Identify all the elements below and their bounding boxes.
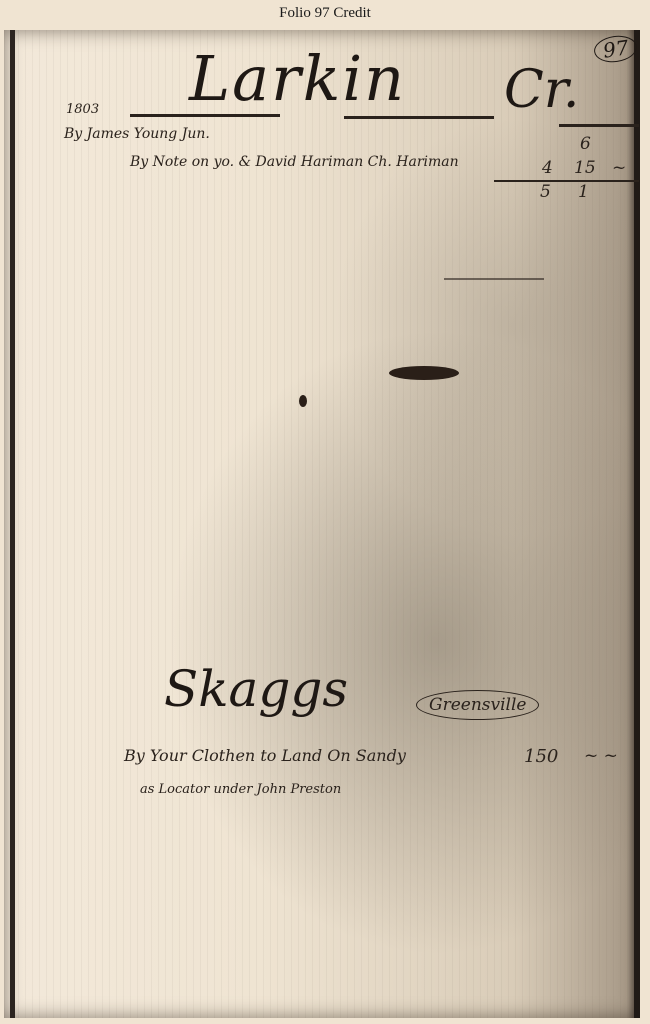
account-name: Larkin (189, 42, 406, 115)
total-shillings: 1 (578, 182, 589, 202)
amount-shillings: 15 (574, 158, 596, 178)
header-rule (344, 116, 494, 119)
account-location: Greensville (416, 690, 539, 720)
page-edge (634, 30, 640, 1018)
left-margin-rule (10, 30, 15, 1018)
ledger-entry: as Locator under John Preston (140, 782, 341, 797)
amount-pence: ~ (612, 158, 626, 178)
entry-amount: 150 (524, 746, 558, 767)
entry-pence: ~ ~ (584, 746, 618, 766)
ledger-entry: By Note on yo. & David Hariman Ch. Harim… (130, 154, 459, 170)
ledger-scan: Larkin Cr. 97 1803 By James Young Jun. B… (4, 30, 640, 1018)
sum-rule (494, 180, 639, 182)
ledger-entry: By Your Clothen to Land On Sandy (124, 746, 406, 765)
credit-side-label: Cr. (504, 60, 579, 120)
second-account-name: Skaggs (164, 660, 348, 718)
header-rule (559, 124, 639, 127)
folio-number: 97 (592, 33, 639, 65)
total-pounds: 5 (540, 182, 551, 202)
amount-shillings: 6 (580, 134, 591, 154)
ink-blot (389, 366, 459, 380)
amount-pounds: 4 (542, 158, 553, 178)
entry-year: 1803 (66, 102, 99, 117)
faint-rule (444, 278, 544, 280)
ledger-entry: By James Young Jun. (64, 126, 210, 142)
page-caption: Folio 97 Credit (0, 0, 650, 28)
header-rule (130, 114, 280, 117)
ink-spot (299, 395, 307, 407)
